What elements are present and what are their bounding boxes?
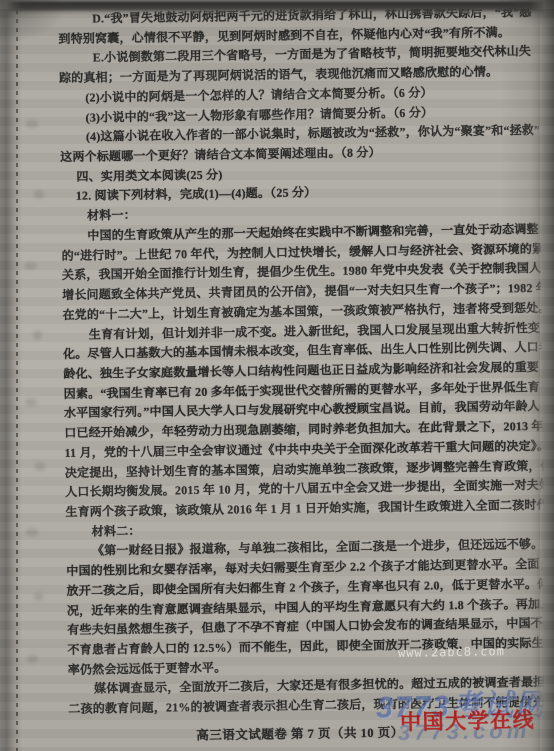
scan-corner-shadow-top-right (494, 0, 554, 30)
bleed-through-mark (541, 420, 549, 431)
page-footer: 高三语文试题卷 第 7 页（共 10 页） (46, 720, 554, 746)
scan-edge-left (0, 0, 22, 751)
bleed-through-mark (35, 462, 45, 471)
bleed-through-mark (26, 528, 38, 536)
bleed-through-mark (24, 262, 37, 270)
exam-text-block: D.“我”冒失地鼓动阿炳把两千元的进货款捐给了林山，林山携善款失踪后，“我”感 … (58, 3, 547, 720)
bleed-through-mark (34, 592, 43, 601)
scanned-exam-page: D.“我”冒失地鼓动阿炳把两千元的进货款捐给了林山，林山携善款失踪后，“我”感 … (0, 0, 554, 751)
perforation-dotted-line (16, 10, 18, 751)
bleed-through-mark (540, 250, 549, 262)
bleed-through-mark (33, 330, 42, 340)
bleed-through-mark (25, 398, 37, 406)
bleed-through-mark (27, 655, 38, 663)
bleed-through-mark (539, 560, 548, 570)
bleed-through-mark (26, 120, 38, 128)
scan-corner-shadow-top-left (0, 0, 70, 45)
bleed-through-mark (34, 190, 44, 199)
